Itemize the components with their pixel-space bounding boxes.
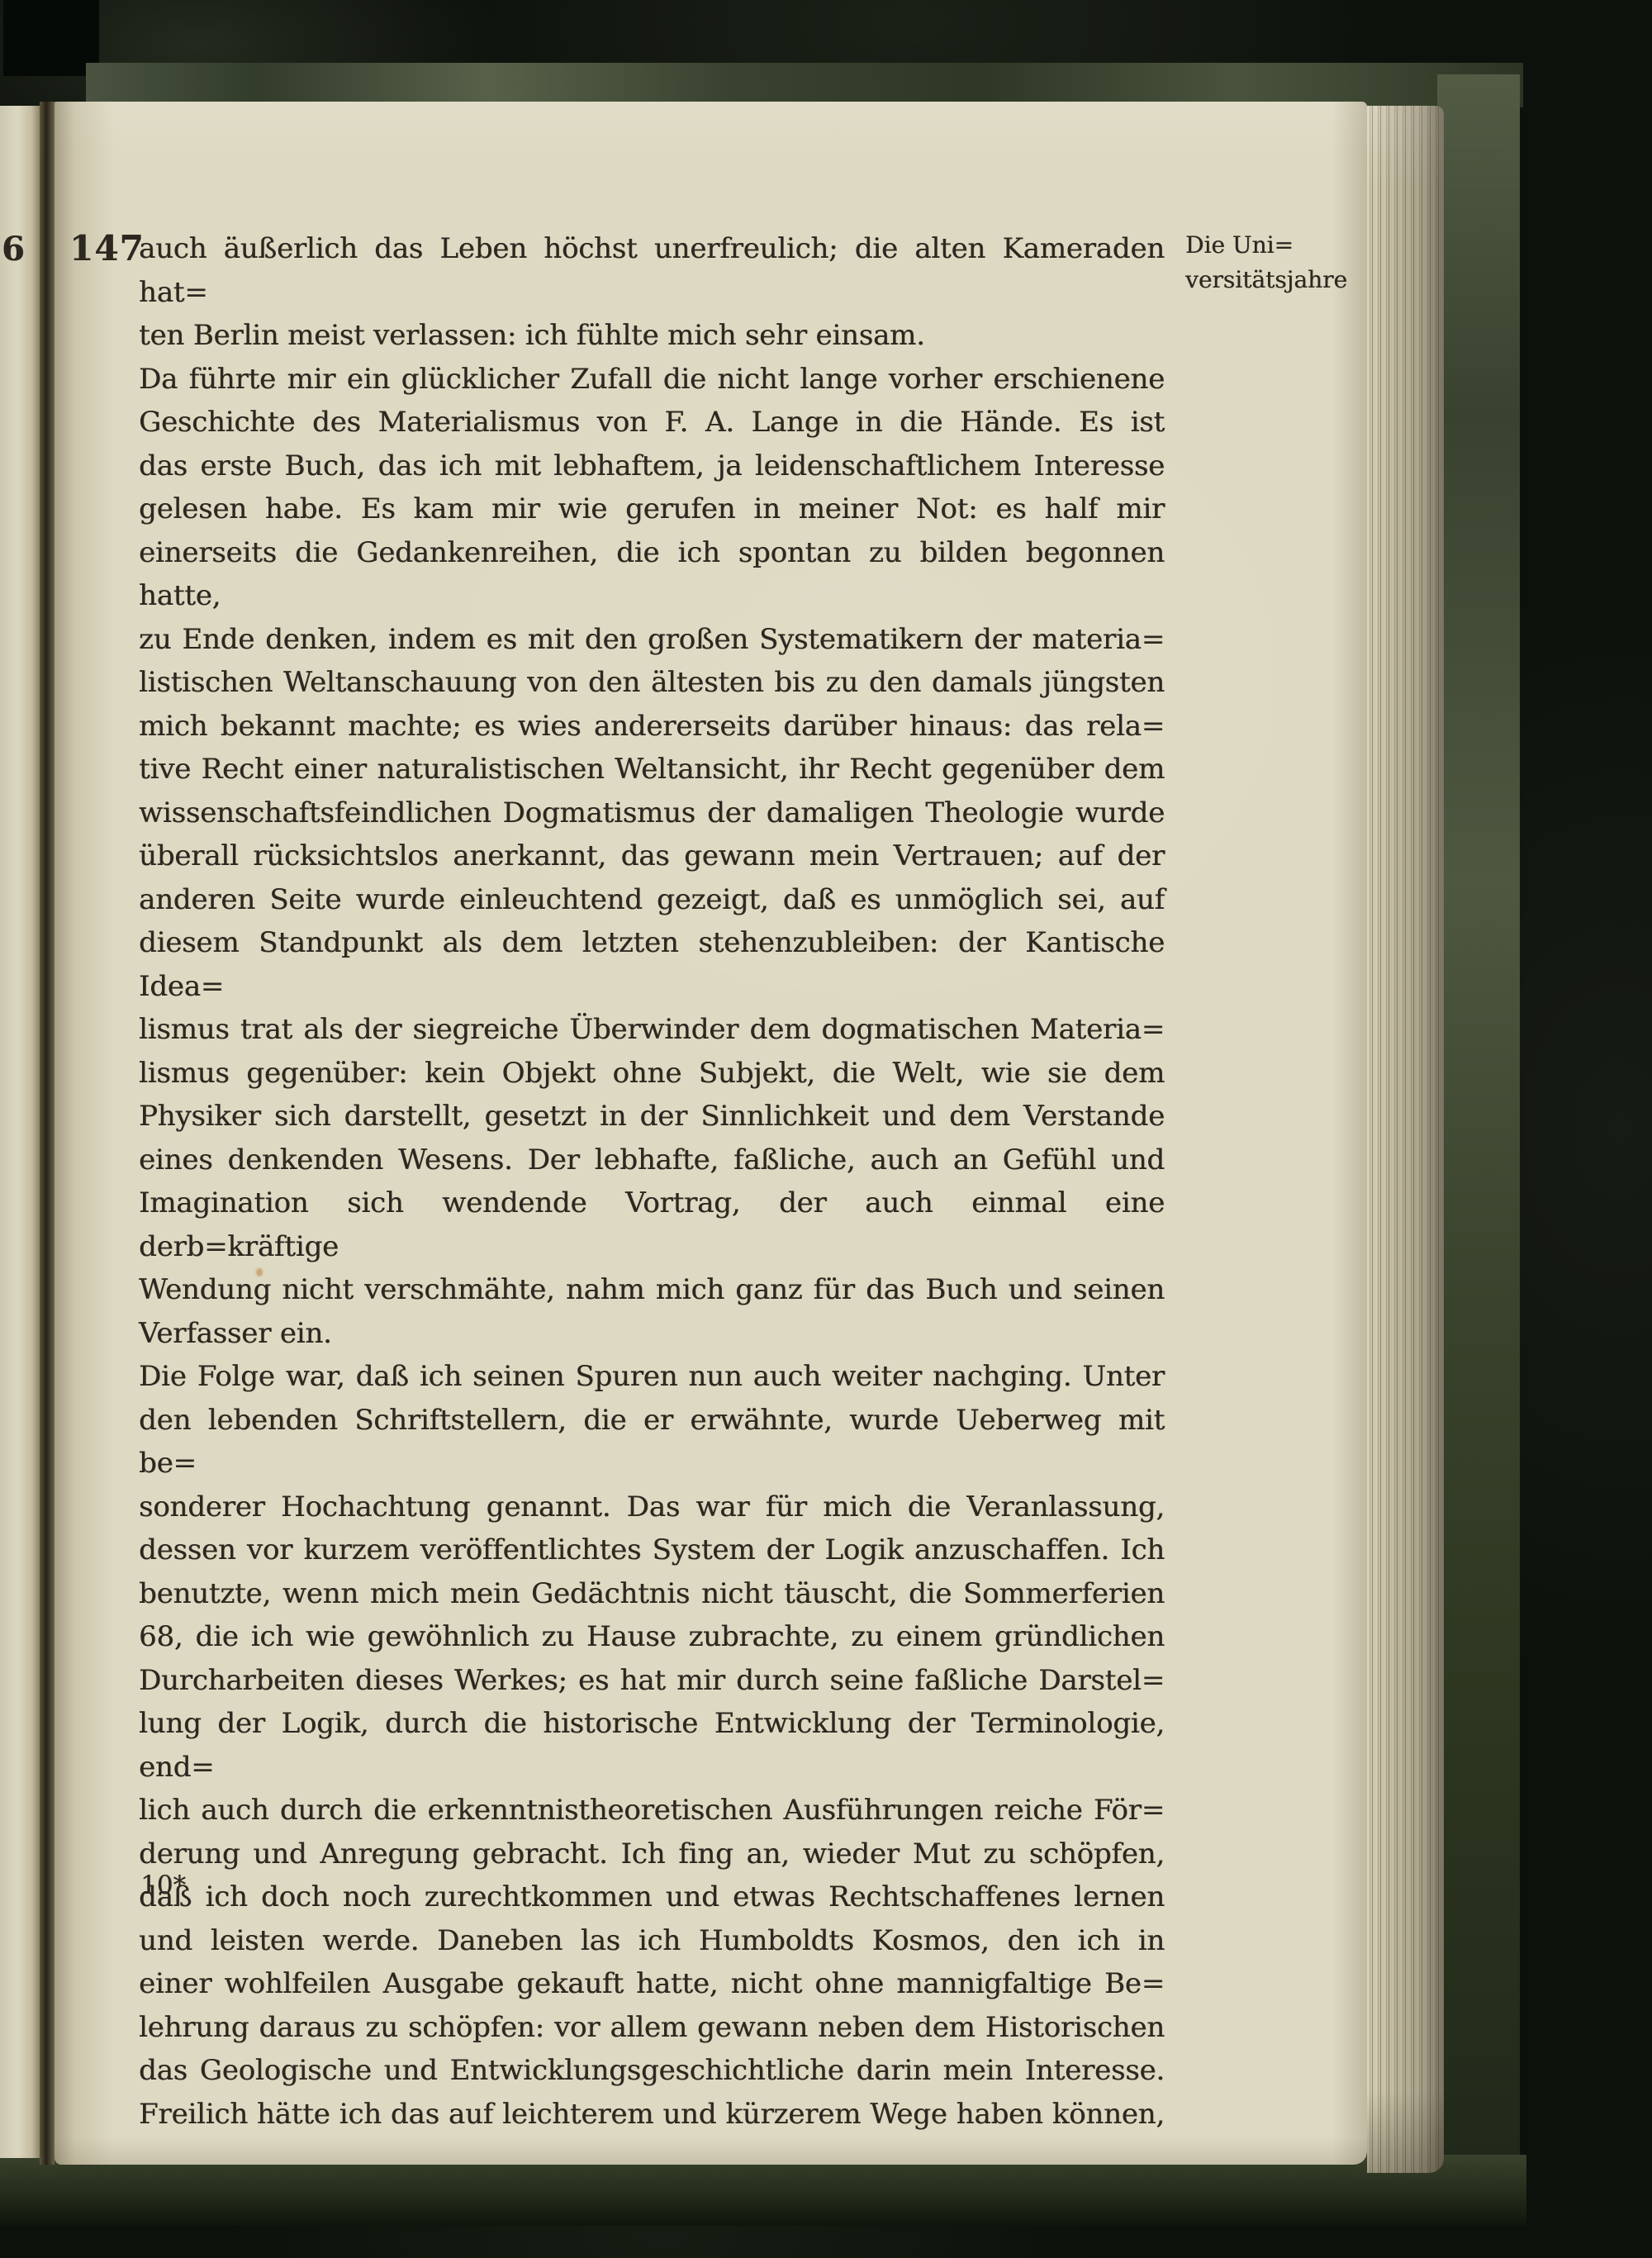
- margin-note: Die Uni= versitätsjahre: [1185, 228, 1433, 297]
- fore-edge-page-stack: [1367, 106, 1444, 2173]
- text-line: anderen Seite wurde einleuchtend gezeigt…: [139, 878, 1165, 922]
- text-line: tive Recht einer naturalistischen Weltan…: [139, 748, 1165, 791]
- text-line: lismus trat als der siegreiche Überwinde…: [139, 1008, 1165, 1052]
- text-line: zu Ende denken, indem es mit den großen …: [139, 618, 1165, 662]
- cover-dark-corner-block: [3, 0, 99, 76]
- text-line: Freilich hätte ich das auf leichterem un…: [139, 2093, 1165, 2137]
- text-line: lismus gegenüber: kein Objekt ohne Subje…: [139, 1052, 1165, 1096]
- text-line: derung und Anregung gebracht. Ich fing a…: [139, 1833, 1165, 1876]
- cover-top-edge: [86, 63, 1523, 107]
- text-line: Verfasser ein.: [139, 1312, 1165, 1356]
- text-line: gelesen habe. Es kam mir wie gerufen in …: [139, 487, 1165, 531]
- text-line: einerseits die Gedankenreihen, die ich s…: [139, 531, 1165, 618]
- text-line: Durcharbeiten dieses Werkes; es hat mir …: [139, 1659, 1165, 1703]
- text-line: das erste Buch, das ich mit lebhaftem, j…: [139, 444, 1165, 488]
- text-line: diesem Standpunkt als dem letzten stehen…: [139, 921, 1165, 1008]
- text-line: Physiker sich darstellt, gesetzt in der …: [139, 1095, 1165, 1139]
- text-line: Imagination sich wendende Vortrag, der a…: [139, 1181, 1165, 1268]
- text-line: das Geologische und Entwicklungsgeschich…: [139, 2049, 1165, 2093]
- text-line: auch äußerlich das Leben höchst unerfreu…: [139, 227, 1165, 314]
- signature-mark: 10*: [140, 1873, 186, 1899]
- text-line: Da führte mir ein glücklicher Zufall die…: [139, 358, 1165, 402]
- text-line: listischen Weltanschauung von den ältest…: [139, 661, 1165, 705]
- text-line: lehrung daraus zu schöpfen: vor allem ge…: [139, 2006, 1165, 2050]
- book-page: 147 Die Uni= versitätsjahre auch äußerli…: [55, 102, 1367, 2165]
- text-line: lung der Logik, durch die historische En…: [139, 1702, 1165, 1789]
- text-line: einer wohlfeilen Ausgabe gekauft hatte, …: [139, 1962, 1165, 2006]
- text-line: Wendung nicht verschmähte, nahm mich gan…: [139, 1268, 1165, 1312]
- text-line: benutzte, wenn mich mein Gedächtnis nich…: [139, 1572, 1165, 1616]
- text-line: dessen vor kurzem veröffentlichtes Syste…: [139, 1528, 1165, 1572]
- cover-bottom-edge: [0, 2155, 1526, 2226]
- text-line: 68, die ich wie gewöhnlich zu Hause zubr…: [139, 1615, 1165, 1659]
- text-line: wissenschaftsfeindlichen Dogmatismus der…: [139, 791, 1165, 835]
- text-line: den lebenden Schriftstellern, die er erw…: [139, 1399, 1165, 1486]
- text-line: Geschichte des Materialismus von F. A. L…: [139, 401, 1165, 444]
- page-number: 147: [69, 231, 145, 266]
- text-line: überall rücksichtslos anerkannt, das gew…: [139, 834, 1165, 878]
- text-line: daß ich doch noch zurechtkommen und etwa…: [139, 1875, 1165, 1919]
- fox-spot: [256, 1268, 263, 1276]
- body-text: auch äußerlich das Leben höchst unerfreu…: [139, 227, 1165, 2136]
- facing-page-edge: 6: [0, 106, 40, 2158]
- margin-note-line: versitätsjahre: [1185, 263, 1433, 297]
- text-line: Die Folge war, daß ich seinen Spuren nun…: [139, 1355, 1165, 1399]
- text-line: ten Berlin meist verlassen: ich fühlte m…: [139, 314, 1165, 358]
- cover-right-edge: [1437, 74, 1520, 2198]
- margin-note-line: Die Uni=: [1185, 228, 1433, 263]
- book-scan: 6 147 Die Uni= versitätsjahre auch äußer…: [0, 0, 1652, 2258]
- text-line: mich bekannt machte; es wies andererseit…: [139, 705, 1165, 749]
- facing-page-number-fragment: 6: [2, 230, 25, 269]
- text-line: eines denkenden Wesens. Der lebhafte, fa…: [139, 1139, 1165, 1182]
- text-line: sonderer Hochachtung genannt. Das war fü…: [139, 1486, 1165, 1529]
- text-line: und leisten werde. Daneben las ich Humbo…: [139, 1919, 1165, 1963]
- text-line: lich auch durch die erkenntnistheoretisc…: [139, 1789, 1165, 1833]
- gutter-shadow: [40, 102, 55, 2165]
